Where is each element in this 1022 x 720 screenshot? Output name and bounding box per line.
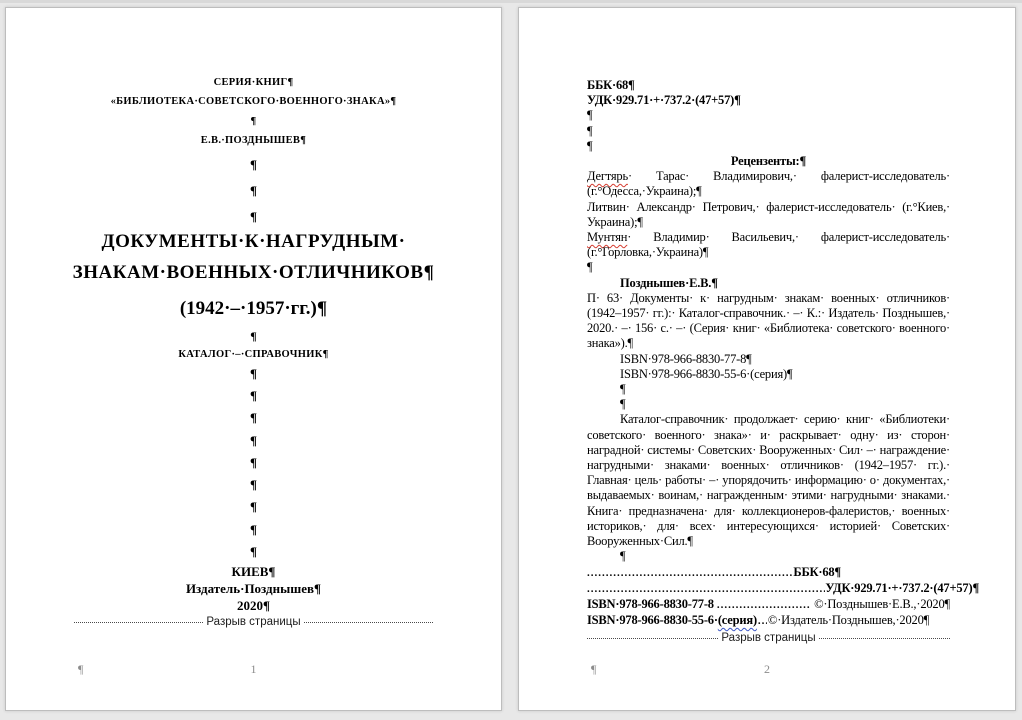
annotation-line: историков,· для· всех· интересующихся· и… [587, 519, 950, 534]
catalog-card-line: знака»).¶ [587, 336, 950, 351]
reviewer-3-line: Мунтян· Владимир· Васильевич,· фалерист-… [587, 230, 950, 245]
footer-isbn-2-value: ISBN·978-966-8830-55-6· [587, 613, 718, 628]
reviewer-2-city-line: Украина);¶ [587, 215, 950, 230]
page-break-dotted-line [587, 638, 718, 639]
annotation-line: Главная· цель· работы· –· упорядочить· и… [587, 473, 950, 488]
empty-paragraph-mark: ¶ [6, 519, 501, 541]
empty-paragraph-mark: ¶ [587, 124, 950, 139]
empty-paragraph-mark: ¶ [6, 496, 501, 518]
annotation-line: наградной· системы· Советских· Вооруженн… [587, 443, 950, 458]
empty-paragraph-mark: ¶ [587, 139, 950, 154]
catalog-card-line: 2020.· –· 156· с.· –· (Серия· книг· «Биб… [587, 321, 950, 336]
annotation-line: советского· военного· знака»· и· раскрыв… [587, 428, 950, 443]
publisher-line: Издатель·Позднышев¶ [6, 581, 501, 597]
empty-paragraph-mark: ¶ [587, 549, 950, 564]
footer-udk-value: УДК·929.71·+·737.2·(47+57)¶ [825, 581, 979, 596]
empty-paragraph-mark: ¶ [587, 382, 950, 397]
series-title-line: «БИБЛИОТЕКА·СОВЕТСКОГО·ВОЕННОГО·ЗНАКА»¶ [6, 92, 501, 111]
page-number: 1 [251, 662, 257, 677]
tab-leader-dots: ........................................… [587, 566, 793, 581]
isbn-line-1: ISBN·978-966-8830-77-8¶ [587, 352, 950, 367]
page-1-sheet[interactable]: СЕРИЯ·КНИГ¶ «БИБЛИОТЕКА·СОВЕТСКОГО·ВОЕНН… [5, 7, 502, 711]
footer-isbn-2-line: ISBN·978-966-8830-55-6·(серия)..........… [587, 613, 950, 629]
year-line: 2020¶ [6, 598, 501, 614]
empty-paragraph-mark: ¶ [6, 452, 501, 474]
misspelled-word: Мунтян [587, 230, 627, 244]
annotation-line: Вооруженных·Сил.¶ [587, 534, 950, 549]
page-break-dotted-line [74, 622, 203, 623]
reviewer-1-rest: · Тарас· Владимирович,· фалерист-исследо… [628, 169, 950, 183]
empty-paragraph-mark: ¶ [587, 108, 950, 123]
empty-paragraph-mark: ¶ [587, 260, 950, 275]
page-break-dotted-line [819, 638, 950, 639]
tab-leader-dots: ........................................… [758, 614, 767, 629]
catalog-card-line: П· 63· Документы· к· нагрудным· знакам· … [587, 291, 950, 306]
footer-pilcrow-mark: ¶ [591, 662, 596, 677]
annotation-line: Книга· предназначена· для· коллекционеро… [587, 504, 950, 519]
annotation-line: выдаваемых· воинам,· награжденным· этими… [587, 488, 950, 503]
footer-isbn-1-line: ISBN·978-966-8830-77-8..................… [587, 597, 950, 613]
reviewer-1-line: Дегтярь· Тарас· Владимирович,· фалерист-… [587, 169, 950, 184]
tab-leader-dots: ........................................… [587, 582, 825, 597]
empty-paragraph-mark: ¶ [6, 112, 501, 131]
footer-udk-line: ........................................… [587, 581, 979, 597]
bbk-line: ББК·68¶ [587, 78, 950, 93]
empty-paragraph-mark: ¶ [6, 385, 501, 407]
empty-paragraph-mark: ¶ [6, 363, 501, 385]
udk-line: УДК·929.71·+·737.2·(47+57)¶ [587, 93, 950, 108]
page-2-sheet[interactable]: ББК·68¶ УДК·929.71·+·737.2·(47+57)¶ ¶ ¶ … [518, 7, 1016, 711]
reviewer-1-city-line: (г.°Одесса,·Украина);¶ [587, 184, 950, 199]
reviewer-3-rest: · Владимир· Васильевич,· фалерист-исслед… [627, 230, 950, 244]
page-2-text-column: ББК·68¶ УДК·929.71·+·737.2·(47+57)¶ ¶ ¶ … [587, 78, 950, 645]
empty-paragraph-mark: ¶ [587, 397, 950, 412]
empty-paragraph-mark: ¶ [6, 474, 501, 496]
footer-bbk-line: ........................................… [587, 565, 841, 581]
annotation-line: Каталог-справочник· продолжает· серию· к… [587, 412, 950, 427]
copyright-publisher: ©·Издатель·Позднышев,·2020¶ [768, 613, 929, 628]
footer-pilcrow-mark: ¶ [78, 662, 83, 677]
subtitle-line: КАТАЛОГ·–·СПРАВОЧНИК¶ [6, 346, 501, 363]
series-label-line: СЕРИЯ·КНИГ¶ [6, 73, 501, 92]
page-number: 2 [764, 662, 770, 677]
page-break-marker: Разрыв страницы [74, 615, 433, 629]
word-workspace: СЕРИЯ·КНИГ¶ «БИБЛИОТЕКА·СОВЕТСКОГО·ВОЕНН… [0, 0, 1022, 720]
footer-isbn-1-value: ISBN·978-966-8830-77-8 [587, 597, 714, 612]
annotation-line: нагрудными· знаками· военных· отличников… [587, 458, 950, 473]
author-line: Е.В.·ПОЗДНЫШЕВ¶ [6, 131, 501, 150]
copyright-author: ©·Позднышев·Е.В.,·2020¶ [814, 597, 950, 612]
empty-paragraph-mark: ¶ [6, 153, 501, 177]
isbn-line-2: ISBN·978-966-8830-55-6·(серия)¶ [587, 367, 950, 382]
page-1-text-column: СЕРИЯ·КНИГ¶ «БИБЛИОТЕКА·СОВЕТСКОГО·ВОЕНН… [6, 8, 501, 629]
author-heading: Позднышев·Е.В.¶ [587, 276, 950, 291]
empty-paragraph-mark: ¶ [6, 430, 501, 452]
empty-paragraph-mark: ¶ [6, 541, 501, 563]
page-1-footer: ¶ 1 [74, 662, 433, 678]
reviewer-2-line: Литвин· Александр· Петрович,· фалерист-и… [587, 200, 950, 215]
page-break-label: Разрыв страницы [718, 631, 818, 646]
grammar-flagged-word: (серия) [718, 613, 757, 628]
page-2-footer: ¶ 2 [587, 662, 947, 678]
empty-paragraph-mark: ¶ [6, 407, 501, 429]
page-break-label: Разрыв страницы [203, 616, 303, 628]
reviewer-3-city-line: (г.°Горловка,·Украина)¶ [587, 245, 950, 260]
reviewers-heading: Рецензенты:¶ [587, 154, 950, 169]
catalog-card-line: (1942–1957· гг.):· Каталог-справочник.· … [587, 306, 950, 321]
footer-bbk-value: ББК·68¶ [793, 565, 841, 580]
tab-leader-dots: ........................................… [717, 598, 811, 613]
empty-paragraph-mark: ¶ [6, 326, 501, 346]
book-title-line-2: ЗНАКАМ·ВОЕННЫХ·ОТЛИЧНИКОВ¶ [6, 254, 501, 291]
book-title-years: (1942·–·1957·гг.)¶ [6, 291, 501, 326]
city-line: КИЕВ¶ [6, 564, 501, 580]
page-break-dotted-line [304, 622, 433, 623]
misspelled-word: Дегтярь [587, 169, 628, 183]
page-break-marker: Разрыв страницы [587, 631, 950, 645]
empty-paragraph-mark: ¶ [6, 179, 501, 203]
